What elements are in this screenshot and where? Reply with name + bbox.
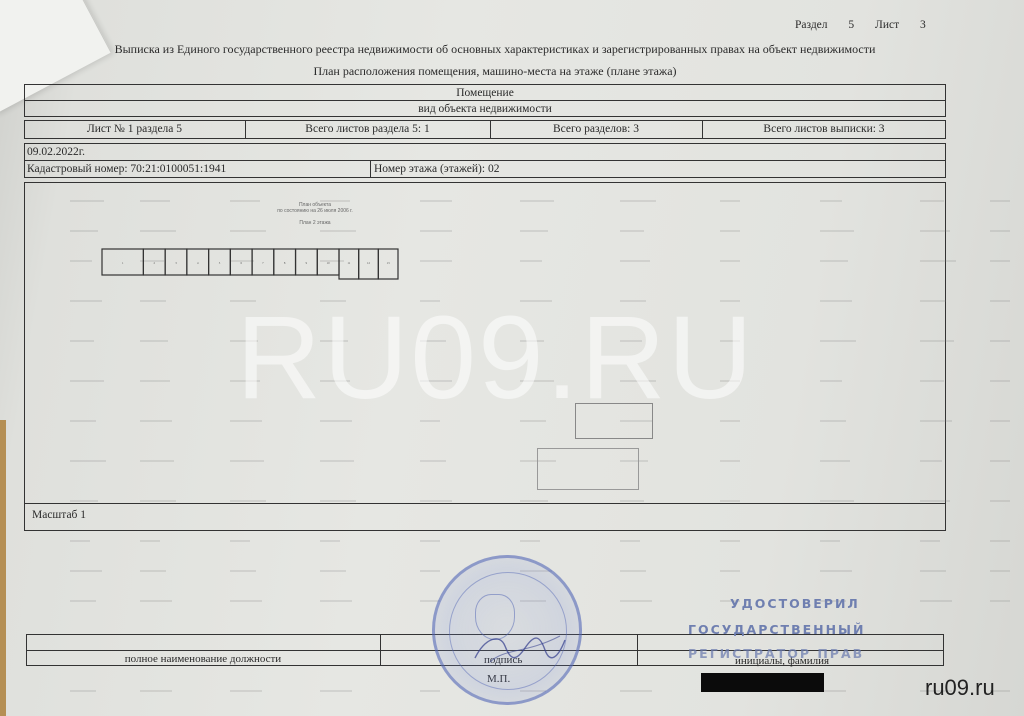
show-through-mark [990,260,1010,262]
show-through-mark [920,600,952,602]
show-through-mark [820,460,850,462]
show-through-mark [820,420,846,422]
floor-number: Номер этажа (этажей): 02 [374,162,499,176]
show-through-mark [70,340,94,342]
bti-stamp [537,448,639,490]
show-through-mark [620,540,640,542]
svg-text:10: 10 [327,261,331,265]
show-through-mark [320,460,354,462]
show-through-mark [520,260,542,262]
show-through-mark [920,300,946,302]
show-through-mark [70,380,104,382]
approval-stamp [575,403,653,439]
svg-text:4: 4 [197,261,199,265]
show-through-mark [720,260,740,262]
show-through-mark [620,690,652,692]
show-through-mark [320,500,356,502]
svg-text:2: 2 [154,261,156,265]
show-through-mark [320,540,340,542]
show-through-mark [70,460,106,462]
show-through-mark [70,260,92,262]
show-through-mark [320,230,356,232]
certified-line3: РЕГИСТРАТОР ПРАВ [688,646,864,661]
show-through-mark [990,460,1010,462]
show-through-mark [140,340,168,342]
show-through-mark [820,570,852,572]
show-through-mark [140,540,160,542]
divider [637,634,638,666]
show-through-mark [990,500,1010,502]
total-sheets-section: Всего листов раздела 5: 1 [245,122,490,136]
divider [24,160,946,161]
show-through-mark [720,460,740,462]
show-through-mark [920,200,944,202]
show-through-mark [140,230,176,232]
show-through-mark [520,500,548,502]
show-through-mark [820,380,842,382]
show-through-mark [140,300,166,302]
show-through-mark [140,200,170,202]
plan-caption-date: по состоянию на 26 июля 2006 г. [250,208,380,214]
plan-caption: План объекта по состоянию на 26 июля 200… [250,202,380,226]
show-through-mark [230,600,262,602]
show-through-mark [990,540,1010,542]
show-through-mark [320,570,346,572]
show-through-mark [70,690,96,692]
svg-text:12: 12 [367,261,371,265]
plan-caption-floor: План 2 этажа [250,220,380,226]
show-through-mark [820,540,840,542]
show-through-mark [990,340,1010,342]
show-through-mark [720,200,740,202]
section-label: Раздел 5 [795,19,854,31]
sheet-of-section: Лист № 1 раздела 5 [24,122,245,136]
show-through-mark [230,230,266,232]
show-through-mark [70,570,102,572]
show-through-mark [140,460,174,462]
show-through-mark [620,230,644,232]
show-through-mark [520,200,554,202]
show-through-mark [70,500,98,502]
svg-text:7: 7 [262,261,264,265]
show-through-mark [720,540,740,542]
show-through-mark [520,540,540,542]
svg-text:6: 6 [240,261,242,265]
show-through-mark [620,500,644,502]
show-through-mark [420,690,440,692]
show-through-mark [990,380,1010,382]
show-through-mark [420,570,440,572]
show-through-mark [990,230,1010,232]
signature-scribble [470,628,570,666]
show-through-mark [140,500,176,502]
total-sections: Всего разделов: 3 [490,122,702,136]
show-through-mark [320,690,352,692]
svg-text:5: 5 [219,261,221,265]
show-through-mark [920,570,946,572]
show-through-mark [620,570,646,572]
show-through-mark [70,230,98,232]
document-title: Выписка из Единого государственного реес… [0,42,990,57]
show-through-mark [720,230,740,232]
show-through-mark [420,500,452,502]
show-through-mark [70,200,104,202]
show-through-mark [420,460,446,462]
show-through-mark [70,540,90,542]
show-through-mark [70,420,96,422]
svg-text:11: 11 [347,261,350,265]
sheet-label: Лист 3 [875,19,926,31]
show-through-mark [140,600,172,602]
show-through-mark [820,340,856,342]
scale-label: Масштаб 1 [32,508,86,522]
show-through-mark [70,300,102,302]
show-through-mark [70,600,96,602]
position-label: полное наименование должности [26,652,380,666]
show-through-mark [920,420,952,422]
show-through-mark [820,500,854,502]
show-through-mark [320,600,352,602]
redacted-name [701,673,824,692]
svg-text:9: 9 [306,261,308,265]
show-through-mark [990,200,1010,202]
show-through-mark [420,230,452,232]
object-type-label: вид объекта недвижимости [24,102,946,116]
show-through-mark [230,540,250,542]
svg-text:3: 3 [175,261,177,265]
show-through-mark [990,420,1010,422]
show-through-mark [140,570,166,572]
show-through-mark [820,230,854,232]
show-through-mark [920,500,950,502]
watermark: RU09.RU [236,290,755,426]
section-sheet-label: Раздел 5 Лист 3 [795,19,926,31]
show-through-mark [720,570,740,572]
table-edge [0,420,6,716]
show-through-mark [920,380,944,382]
show-through-mark [420,540,440,542]
svg-text:8: 8 [284,261,286,265]
show-through-mark [230,460,264,462]
show-through-mark [820,200,842,202]
svg-text:13: 13 [387,261,391,265]
object-type-value: Помещение [24,86,946,100]
show-through-mark [520,230,548,232]
show-through-mark [140,690,172,692]
floor-plan-drawing: 12345678910111213 [100,245,400,281]
show-through-mark [620,200,656,202]
show-through-mark [820,300,852,302]
show-through-mark [420,200,452,202]
show-through-mark [920,460,942,462]
total-sheets-extract: Всего листов выписки: 3 [702,122,946,136]
show-through-mark [920,340,954,342]
divider [380,634,381,666]
show-through-mark [620,260,650,262]
show-through-mark [820,260,848,262]
divider [370,160,371,178]
show-through-mark [230,500,266,502]
show-through-mark [990,300,1010,302]
site-watermark: ru09.ru [925,675,995,701]
show-through-mark [720,500,740,502]
svg-text:1: 1 [122,261,124,265]
show-through-mark [990,570,1010,572]
divider [24,503,946,504]
extract-date: 09.02.2022г. [27,145,85,159]
document-subtitle: План расположения помещения, машино-мест… [0,64,990,79]
show-through-mark [230,570,256,572]
show-through-mark [620,600,652,602]
show-through-mark [140,380,170,382]
show-through-mark [230,690,262,692]
certified-line1: УДОСТОВЕРИЛ [730,596,860,611]
cadastral-number: Кадастровый номер: 70:21:0100051:1941 [27,162,226,176]
show-through-mark [920,230,950,232]
show-through-mark [920,260,956,262]
show-through-mark [920,540,940,542]
divider [24,100,946,101]
show-through-mark [990,600,1010,602]
show-through-mark [420,260,452,262]
show-through-mark [140,420,172,422]
certified-line2: ГОСУДАРСТВЕННЫЙ [688,622,865,637]
